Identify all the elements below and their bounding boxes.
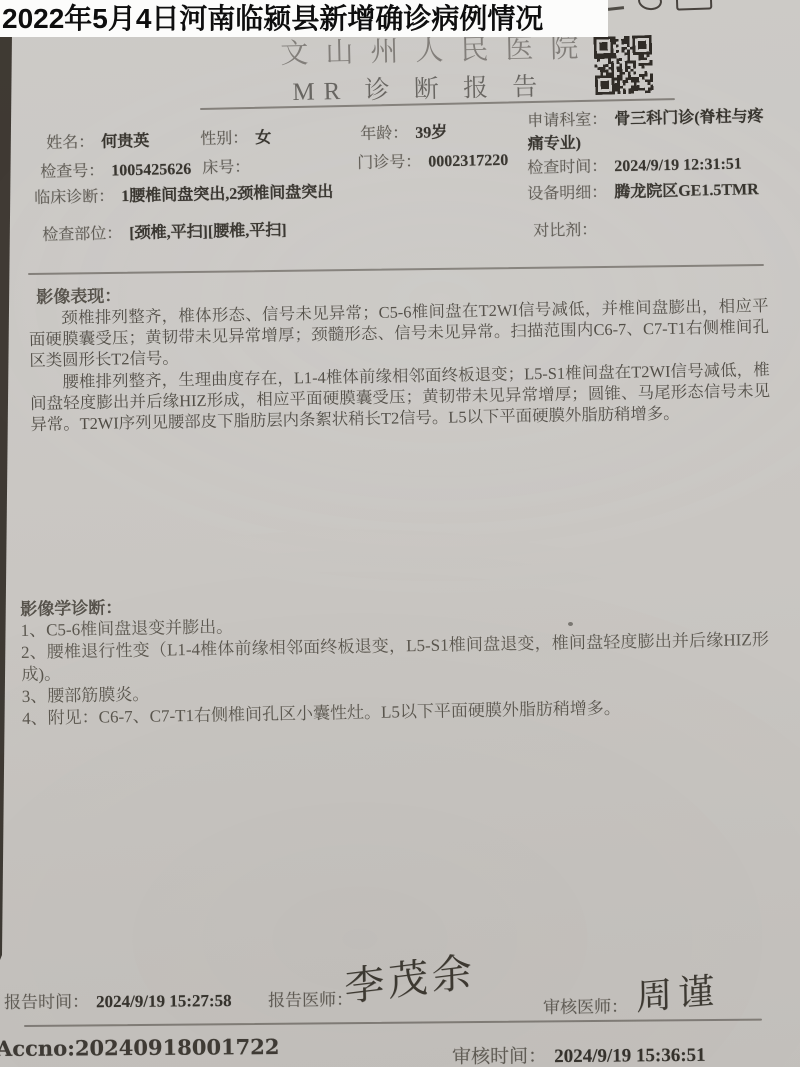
- name-label: 姓名：: [46, 134, 94, 152]
- field-review-time: 审核时间：2024/9/19 15:36:51: [452, 1040, 706, 1067]
- diagnosis-section: 影像学诊断： 1、C5-6椎间盘退变并膨出。 2、腰椎退行性变（L1-4椎体前缘…: [20, 582, 770, 730]
- field-exam-part: 检查部位：[颈椎,平扫][腰椎,平扫]: [42, 217, 287, 245]
- qr-code: [591, 35, 656, 95]
- handwriting-box-mark: [676, 0, 713, 11]
- exam-part-label: 检查部位：: [42, 225, 122, 244]
- field-clinical-diagnosis: 临床诊断：1腰椎间盘突出,2颈椎间盘突出: [34, 179, 333, 208]
- age-label: 年龄：: [360, 125, 408, 143]
- handwriting-dash-mark: [608, 6, 624, 11]
- gender-label: 性别：: [200, 130, 248, 148]
- field-device: 设备明细：腾龙院区GE1.5TMR: [527, 176, 759, 204]
- field-exam-no: 检查号：1005425626: [40, 156, 191, 182]
- report-time-value: 2024/9/19 15:27:58: [96, 991, 232, 1011]
- findings-paragraph-cervical: 颈椎排列整齐，椎体形态、信号未见异常；C5-6椎间盘在T2WI信号减低，并椎间盘…: [28, 295, 769, 371]
- outpatient-no-label: 门诊号：: [357, 154, 421, 172]
- report-time-label: 报告时间：: [4, 992, 89, 1012]
- headline-overlay-bar: 2022年5月4日河南临颍县新增确诊病例情况: [0, 0, 608, 37]
- age-value: 39岁: [415, 124, 447, 142]
- device-label: 设备明细：: [527, 184, 607, 203]
- report-doctor-label: 报告医师：: [268, 985, 353, 1011]
- findings-paragraph-lumbar: 腰椎排列整齐，生理曲度存在，L1-4椎体前缘相邻面终板退变；L5-S1椎间盘在T…: [30, 359, 771, 435]
- bed-no-label: 床号：: [202, 159, 250, 177]
- exam-no-value: 1005425626: [111, 161, 191, 180]
- footer-divider: [24, 1019, 762, 1027]
- exam-time-value: 2024/9/19 12:31:51: [614, 156, 742, 176]
- headline-title: 2022年5月4日河南临颍县新增确诊病例情况: [2, 3, 543, 34]
- gender-value: 女: [255, 130, 271, 147]
- clinical-dx-label: 临床诊断：: [34, 188, 114, 207]
- dept-label: 申请科室：: [527, 111, 607, 130]
- contrast-label: 对比剂：: [533, 222, 597, 240]
- review-time-label: 审核时间：: [452, 1046, 547, 1067]
- review-doctor-signature: 周谨: [636, 962, 721, 1020]
- findings-section: 影像表现： 颈椎排列整齐，椎体形态、信号未见异常；C5-6椎间盘在T2WI信号减…: [28, 270, 771, 435]
- field-exam-time: 检查时间：2024/9/19 12:31:51: [527, 151, 742, 178]
- accession-number: Accno:20240918001722: [0, 1034, 280, 1061]
- exam-part-value: [颈椎,平扫][腰椎,平扫]: [129, 222, 287, 242]
- name-value: 何贵英: [101, 133, 149, 151]
- field-patient-name: 姓名：何贵英: [46, 128, 149, 153]
- exam-no-label: 检查号：: [40, 163, 104, 181]
- review-time-value: 2024/9/19 15:36:51: [554, 1045, 706, 1067]
- handwriting-loop-mark: [637, 0, 663, 12]
- field-age: 年龄：39岁: [360, 119, 447, 144]
- photo-edge-shadow: [0, 0, 16, 1067]
- outpatient-no-value: 0002317220: [428, 152, 508, 171]
- field-gender: 性别：女: [200, 125, 271, 149]
- device-value: 腾龙院区GE1.5TMR: [614, 181, 759, 201]
- field-report-time: 报告时间：2024/9/19 15:27:58: [4, 986, 232, 1013]
- exam-time-label: 检查时间：: [527, 158, 607, 177]
- report-doctor-signature: 李茂余: [344, 940, 476, 1013]
- review-doctor-label: 审核医师：: [543, 992, 628, 1018]
- clinical-dx-value: 1腰椎间盘突出,2颈椎间盘突出: [121, 184, 333, 205]
- field-outpatient-no: 门诊号：0002317220: [357, 147, 508, 173]
- field-bed-no: 床号：: [202, 154, 257, 178]
- photographed-report-page: { "overlay": { "title": "2022年5月4日河南临颍县新…: [0, 0, 800, 1067]
- field-contrast: 对比剂：: [533, 217, 604, 241]
- field-request-dept: 申请科室：骨三科门诊(脊柱与疼痛专业): [527, 105, 766, 156]
